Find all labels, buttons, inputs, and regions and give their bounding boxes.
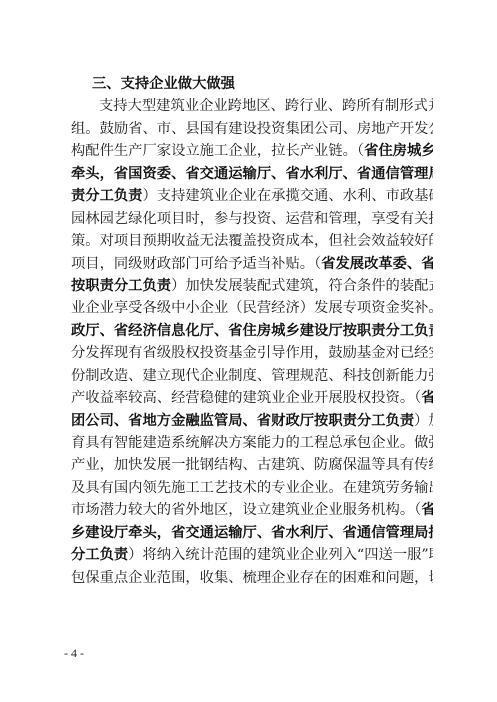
responsible-agencies-text: 按职责分工负责 xyxy=(71,278,171,294)
text-line: 及具有国内领先施工工艺技术的专业企业。在建筑劳务输出较多、 xyxy=(71,477,433,499)
page-number: - 4 - xyxy=(64,646,84,661)
responsible-agencies-text: 牵头，省国资委、省交通运输厅、省水利厅、省通信管理局按职 xyxy=(71,166,433,182)
text-line: 牵头，省国资委、省交通运输厅、省水利厅、省通信管理局按职 xyxy=(71,163,433,185)
text-line: 按职责分工负责）加快发展装配式建筑，符合条件的装配式建筑 xyxy=(71,275,433,297)
responsible-agencies-text: 团公司、省地方金融监管局、省财政厅按职责分工负责 xyxy=(71,413,414,429)
body-text: 及具有国内领先施工工艺技术的专业企业。在建筑劳务输出较多、 xyxy=(71,480,433,496)
text-line: 育具有智能建造系统解决方案能力的工程总承包企业。做强特色 xyxy=(71,432,433,454)
responsible-agencies-text: 分工负责 xyxy=(71,547,128,563)
text-line: 团公司、省地方金融监管局、省财政厅按职责分工负责）加快培 xyxy=(71,410,433,432)
text-line: 组。鼓励省、市、县国有建设投资集团公司、房地产开发公司、 xyxy=(71,118,433,140)
responsible-agencies-text: 省发展改革委、省财政厅 xyxy=(321,256,433,272)
text-line: 项目，同级财政部门可给予适当补贴。（省发展改革委、省财政厅 xyxy=(71,253,433,275)
body-text: 策。对项目预期收益无法覆盖投资成本，但社会效益较好的 PPP xyxy=(71,233,433,249)
body-text: 分发挥现有省级股权投资基金引导作用，鼓励基金对已经实施股 xyxy=(71,345,433,361)
text-line: 乡建设厅牵头，省交通运输厅、省水利厅、省通信管理局按职责 xyxy=(71,522,433,544)
body-text: 项目，同级财政部门可给予适当补贴。（ xyxy=(71,256,321,272)
text-line: 责分工负责）支持建筑业企业在承揽交通、水利、市政基础设施、 xyxy=(71,185,433,207)
text-line: 产收益率较高、经营稳健的建筑业企业开展股权投资。（省投资集 xyxy=(71,387,433,409)
text-line: 业企业享受各级中小企业（民营经济）发展专项资金奖补。（省财 xyxy=(71,297,433,319)
responsible-agencies-text: 政厅、省经济信息化厅、省住房城乡建设厅按职责分工负责 xyxy=(71,323,433,339)
body-text: 市场潜力较大的省外地区，设立建筑业企业服务机构。（ xyxy=(71,502,421,518)
body-text: 包保重点企业范围，收集、梳理企业存在的困难和问题，切实帮 xyxy=(71,570,433,586)
body-text: ）加快培 xyxy=(414,413,433,429)
section-heading: 三、支持企业做大做强 xyxy=(71,73,433,95)
body-text: 育具有智能建造系统解决方案能力的工程总承包企业。做强特色 xyxy=(71,435,433,451)
responsible-agencies-text: 省住房城 xyxy=(421,502,433,518)
body-text: ）加快发展装配式建筑，符合条件的装配式建筑 xyxy=(171,278,433,294)
body-text: 业企业享受各级中小企业（民营经济）发展专项资金奖补。（ xyxy=(71,300,433,316)
text-line: 份制改造、建立现代企业制度、管理规范、科技创新能力强、资 xyxy=(71,365,433,387)
paragraph: 支持大型建筑业企业跨地区、跨行业、跨所有制形式并购重组。鼓励省、市、县国有建设投… xyxy=(71,95,433,589)
body-text: 份制改造、建立现代企业制度、管理规范、科技创新能力强、资 xyxy=(71,368,433,384)
responsible-agencies-text: 省投资集 xyxy=(421,390,433,406)
text-line: 包保重点企业范围，收集、梳理企业存在的困难和问题，切实帮 xyxy=(71,567,433,589)
body-text: 组。鼓励省、市、县国有建设投资集团公司、房地产开发公司、 xyxy=(71,121,433,137)
text-line: 构配件生产厂家设立施工企业，拉长产业链。（省住房城乡建设厅 xyxy=(71,140,433,162)
body-text: 产业，加快发展一批钢结构、古建筑、防腐保温等具有传统特色 xyxy=(71,457,433,473)
body-text: 构配件生产厂家设立施工企业，拉长产业链。（ xyxy=(71,143,364,159)
text-line: 产业，加快发展一批钢结构、古建筑、防腐保温等具有传统特色 xyxy=(71,454,433,476)
text-line: 园林园艺绿化项目时，参与投资、运营和管理，享受有关扶持政 xyxy=(71,208,433,230)
body-text: 园林园艺绿化项目时，参与投资、运营和管理，享受有关扶持政 xyxy=(71,211,433,227)
body-text: 支持大型建筑业企业跨地区、跨行业、跨所有制形式并购重 xyxy=(99,98,433,114)
body-text: ）支持建筑业企业在承揽交通、水利、市政基础设施、 xyxy=(142,188,433,204)
responsible-agencies-text: 省住房城乡建设厅 xyxy=(364,143,433,159)
body-text: 产收益率较高、经营稳健的建筑业企业开展股权投资。（ xyxy=(71,390,421,406)
text-line: 政厅、省经济信息化厅、省住房城乡建设厅按职责分工负责）充 xyxy=(71,320,433,342)
text-line: 分发挥现有省级股权投资基金引导作用，鼓励基金对已经实施股 xyxy=(71,342,433,364)
responsible-agencies-text: 责分工负责 xyxy=(71,188,142,204)
text-line: 分工负责）将纳入统计范围的建筑业企业列入“四送一服”联系 xyxy=(71,544,433,566)
text-line: 策。对项目预期收益无法覆盖投资成本，但社会效益较好的 PPP xyxy=(71,230,433,252)
text-line: 支持大型建筑业企业跨地区、跨行业、跨所有制形式并购重 xyxy=(71,95,433,117)
text-line: 市场潜力较大的省外地区，设立建筑业企业服务机构。（省住房城 xyxy=(71,499,433,521)
document-page: 三、支持企业做大做强 支持大型建筑业企业跨地区、跨行业、跨所有制形式并购重组。鼓… xyxy=(0,0,497,702)
body-text: ）将纳入统计范围的建筑业企业列入“四送一服”联系 xyxy=(128,547,433,563)
document-body: 三、支持企业做大做强 支持大型建筑业企业跨地区、跨行业、跨所有制形式并购重组。鼓… xyxy=(71,73,433,589)
responsible-agencies-text: 乡建设厅牵头，省交通运输厅、省水利厅、省通信管理局按职责 xyxy=(71,525,433,541)
